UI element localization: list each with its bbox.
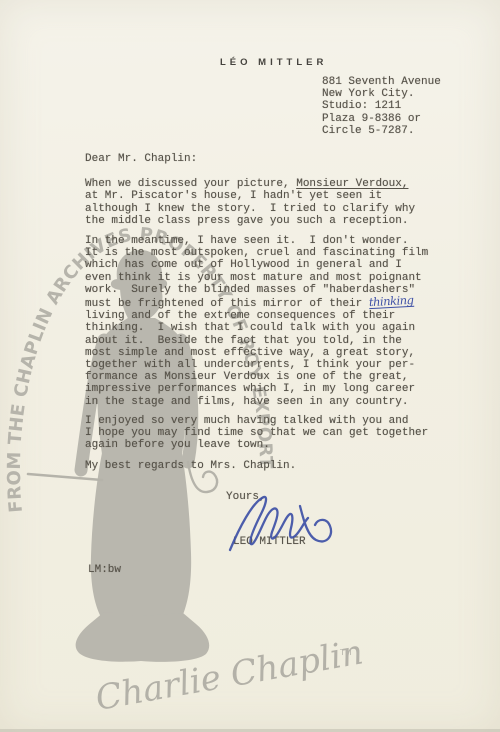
leo-mittler-ink-signature bbox=[230, 497, 331, 550]
ink-signature-layer bbox=[0, 0, 500, 732]
letter-page: FROM THE CHAPLIN ARCHIVES PROPERTY OF RO… bbox=[0, 0, 500, 732]
